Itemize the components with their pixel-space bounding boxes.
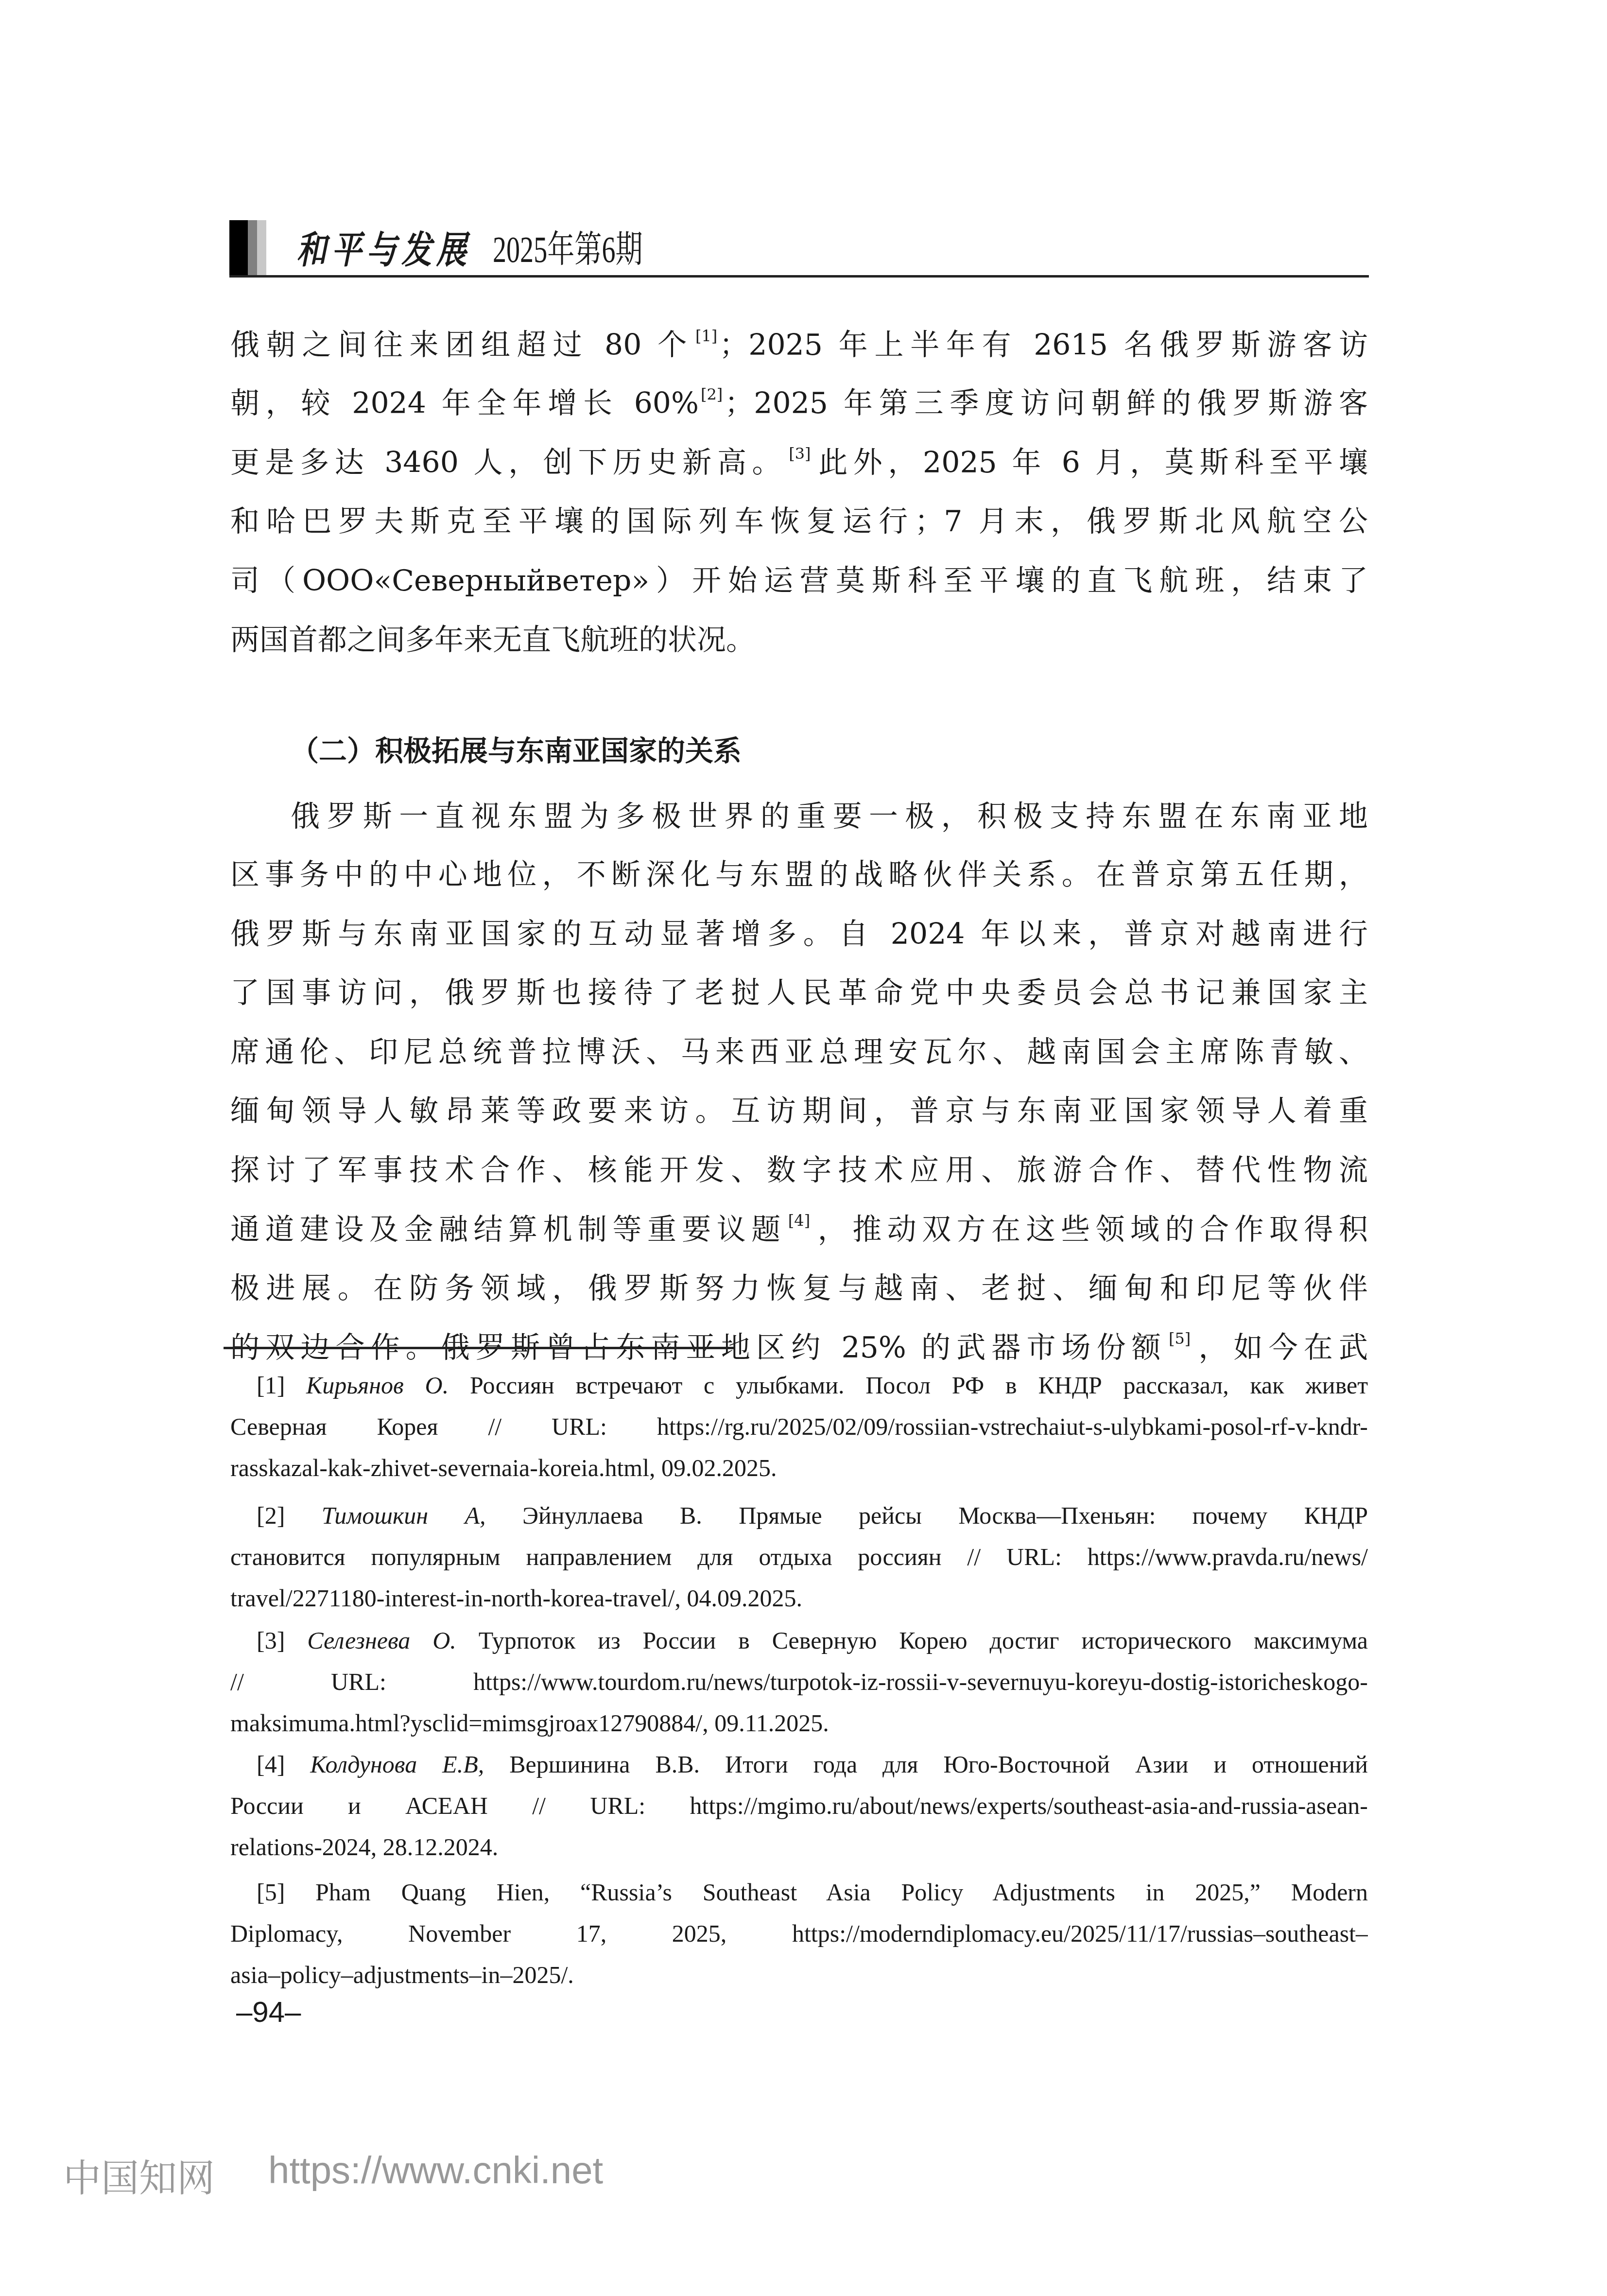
footnote-ref[interactable]: [3]: [789, 444, 811, 463]
footnote-5-line[interactable]: Diplomacy, November 17, 2025, https://mo…: [230, 1916, 1368, 1950]
body-line: 席通伦、印尼总统普拉博沃、马来西亚总理安瓦尔、越南国会主席陈青敏、: [230, 1033, 1368, 1072]
header-bar-light: [257, 220, 266, 276]
watermark-name: 中国知网: [63, 2148, 215, 2203]
footnote-ref[interactable]: [4]: [788, 1211, 810, 1230]
footnote-4-line[interactable]: relations-2024, 28.12.2024.: [230, 1830, 1368, 1864]
watermark-url[interactable]: https://www.cnki.net: [268, 2148, 603, 2203]
header-bar-black: [229, 220, 248, 276]
body-line: 俄朝之间往来团组超过 80 个[1]；2025 年上半年有 2615 名俄罗斯游…: [230, 326, 1368, 365]
running-header: 和平与发展 2025年第6期: [296, 228, 669, 272]
footnote-author: Селезнева О.: [307, 1627, 456, 1654]
page-number: –94–: [236, 1993, 301, 2032]
body-line: 和哈巴罗夫斯克至平壤的国际列车恢复运行；7 月末，俄罗斯北风航空公: [230, 502, 1368, 541]
footnote-ref[interactable]: [2]: [701, 385, 723, 403]
footnote-5-line[interactable]: asia–policy–adjustments–in–2025/.: [230, 1958, 1368, 1992]
footnote-author: Колдунова Е.В,: [310, 1751, 484, 1778]
footnote-3: [3] Селезнева О. Турпоток из России в Се…: [257, 1623, 1368, 1657]
body-line: 朝，较 2024 年全年增长 60%[2]；2025 年第三季度访问朝鲜的俄罗斯…: [230, 384, 1368, 423]
footnote-1-line[interactable]: Северная Корея // URL: https://rg.ru/202…: [230, 1409, 1368, 1444]
footnote-2-line[interactable]: travel/2271180-interest-in-north-korea-t…: [230, 1581, 1368, 1615]
body-line: 区事务中的中心地位，不断深化与东盟的战略伙伴关系。在普京第五任期，: [230, 855, 1368, 894]
footnote-3-line[interactable]: maksimuma.html?ysclid=mimsgjroax12790884…: [230, 1706, 1368, 1740]
footnote-rule: [224, 1347, 734, 1349]
footnote-author: Кирьянов О.: [306, 1372, 449, 1399]
body-line: 司（OOO«Северныйветер»）开始运营莫斯科至平壤的直飞航班，结束了: [230, 561, 1368, 600]
header-rule: [229, 275, 1369, 278]
section-heading: （二）积极拓展与东南亚国家的关系: [291, 731, 742, 770]
footnote-2-line[interactable]: становится популярным направлением для о…: [230, 1540, 1368, 1574]
footnote-5: [5] Pham Quang Hien, “Russia’s Southeast…: [257, 1875, 1368, 1909]
footnote-2: [2] Тимошкин А, Эйнуллаева В. Прямые рей…: [257, 1498, 1368, 1532]
body-line: 两国首都之间多年来无直飞航班的状况。: [230, 621, 1368, 660]
body-line: 通道建设及金融结算机制等重要议题[4]，推动双方在这些领域的合作取得积: [230, 1210, 1368, 1249]
body-line: 极进展。在防务领域，俄罗斯努力恢复与越南、老挝、缅甸和印尼等伙伴: [230, 1269, 1368, 1308]
footnote-1: [1] Кирьянов О. Россиян встречают с улыб…: [257, 1368, 1368, 1402]
body-line: 了国事访问，俄罗斯也接待了老挝人民革命党中央委员会总书记兼国家主: [230, 974, 1368, 1012]
journal-name: 和平与发展: [296, 223, 471, 278]
body-line: 俄罗斯一直视东盟为多极世界的重要一极，积极支持东盟在东南亚地: [230, 797, 1368, 836]
footnote-1-line[interactable]: rasskazal-kak-zhivet-severnaia-koreia.ht…: [230, 1451, 1368, 1485]
footnote-ref[interactable]: [5]: [1169, 1329, 1191, 1348]
header-bar-gray: [248, 220, 257, 276]
footnote-author: Тимошкин А,: [322, 1502, 486, 1529]
body-line: 俄罗斯与东南亚国家的互动显著增多。自 2024 年以来，普京对越南进行: [230, 915, 1368, 954]
body-line: 更是多达 3460 人，创下历史新高。[3]此外，2025 年 6 月，莫斯科至…: [230, 443, 1368, 482]
body-line: 探讨了军事技术合作、核能开发、数字技术应用、旅游合作、替代性物流: [230, 1151, 1368, 1190]
issue-label: 2025年第6期: [493, 225, 643, 276]
footnote-ref[interactable]: [1]: [695, 327, 717, 345]
footnote-3-line[interactable]: // URL: https://www.tourdom.ru/news/turp…: [230, 1665, 1368, 1699]
footnote-4-line[interactable]: России и АСЕАН // URL: https://mgimo.ru/…: [230, 1789, 1368, 1823]
body-line: 缅甸领导人敏昂莱等政要来访。互访期间，普京与东南亚国家领导人着重: [230, 1092, 1368, 1131]
footnote-4: [4] Колдунова Е.В, Вершинина В.В. Итоги …: [257, 1747, 1368, 1781]
cnki-watermark: 中国知网 https://www.cnki.net: [63, 2148, 603, 2203]
